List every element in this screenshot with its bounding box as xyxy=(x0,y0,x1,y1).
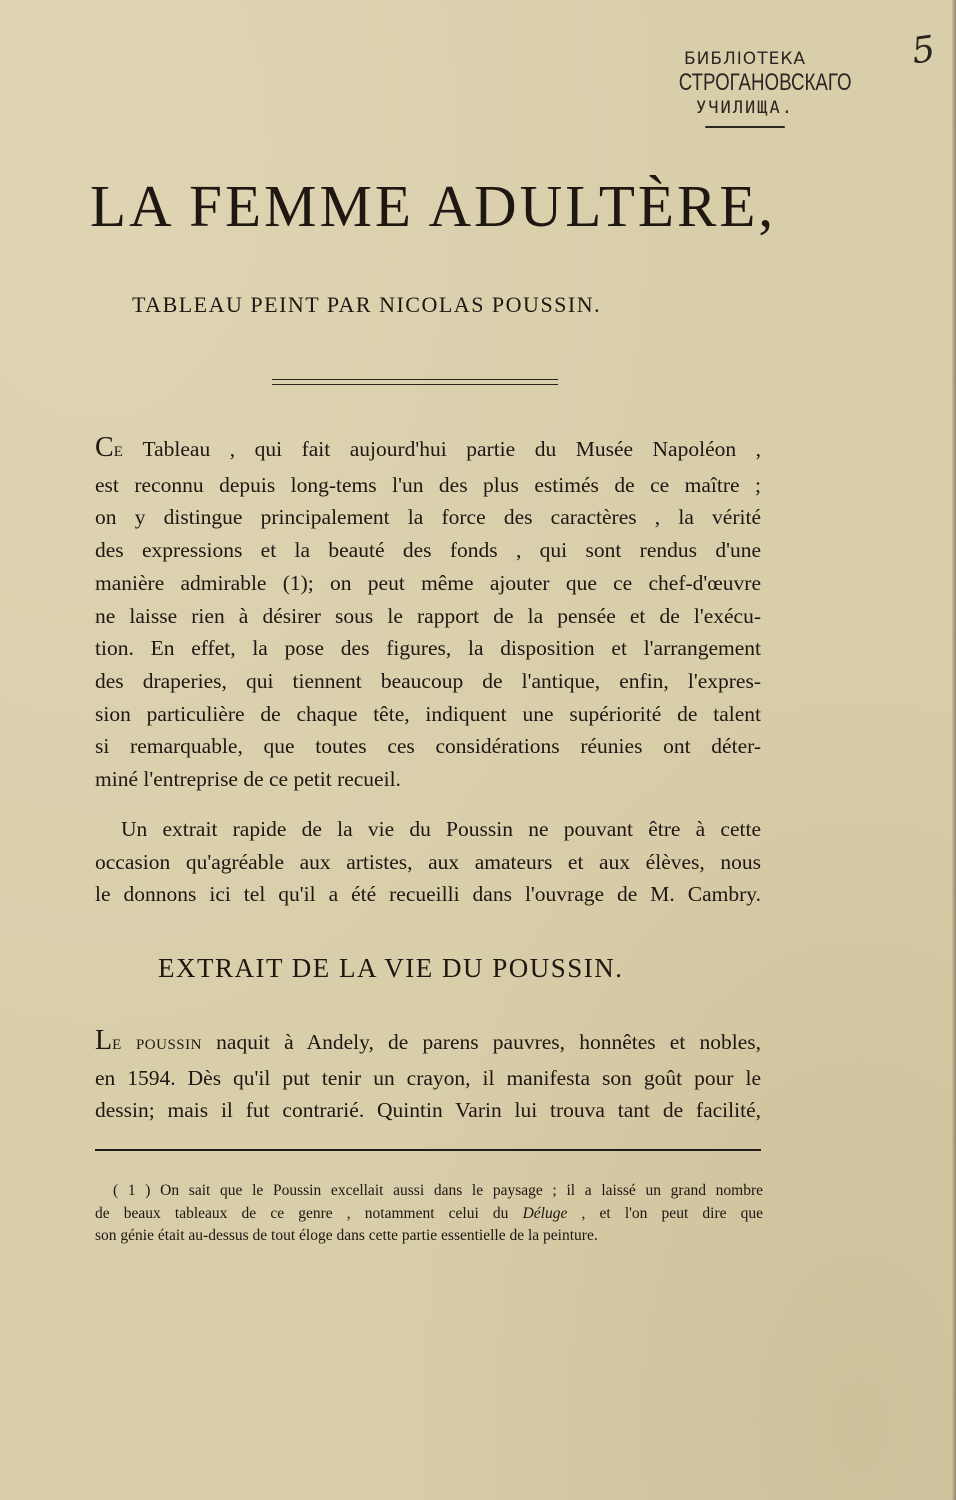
text-line: Un extrait rapide de la vie du Poussin n… xyxy=(95,813,761,846)
library-stamp: БИБЛIОТЕКА СТРОГАНОВСКАГО УЧИЛИЩА. xyxy=(660,48,830,128)
paragraph-intro: CE Tableau , qui fait aujourd'hui partie… xyxy=(95,432,761,796)
footnote-separator xyxy=(95,1149,761,1151)
text-line: des expressions et la beauté des fonds ,… xyxy=(95,534,761,567)
scanned-book-page: БИБЛIОТЕКА СТРОГАНОВСКАГО УЧИЛИЩА. 5 LA … xyxy=(0,0,956,1500)
footnote-line: de beaux tableaux de ce genre , notammen… xyxy=(95,1203,763,1226)
footnote-line: ( 1 ) On sait que le Poussin excellait a… xyxy=(95,1180,763,1203)
small-caps-letter: E xyxy=(112,1037,122,1053)
stamp-ornament-rule xyxy=(705,126,785,128)
paragraph-cambry: Un extrait rapide de la vie du Poussin n… xyxy=(95,813,761,911)
stamp-line-1: БИБЛIОТЕКА xyxy=(660,48,830,70)
text-line: sion particulière de chaque tête, indiqu… xyxy=(95,698,761,731)
page-edge-shadow xyxy=(952,0,956,1500)
text-line: occasion qu'agréable aux artistes, aux a… xyxy=(95,846,761,879)
footnote-line: son génie était au-dessus de tout éloge … xyxy=(95,1225,763,1248)
text-line: si remarquable, que toutes ces considéra… xyxy=(95,730,761,763)
italic-title: Déluge xyxy=(523,1205,568,1222)
section-heading: EXTRAIT DE LA VIE DU POUSSIN. xyxy=(158,953,624,984)
handwritten-page-number: 5 xyxy=(909,29,937,73)
text-line: CE Tableau , qui fait aujourd'hui partie… xyxy=(95,432,761,469)
text-line: en 1594. Dès qu'il put tenir un crayon, … xyxy=(95,1062,761,1095)
text-line: ne laisse rien à désirer sous le rapport… xyxy=(95,600,761,633)
text-line: manière admirable (1); on peut même ajou… xyxy=(95,567,761,600)
text-line: le donnons ici tel qu'il a été recueilli… xyxy=(95,878,761,911)
paragraph-biography: LE POUSSIN naquit à Andely, de parens pa… xyxy=(95,1025,761,1127)
text-line: dessin; mais il fut contrarié. Quintin V… xyxy=(95,1094,761,1127)
page-subtitle: TABLEAU PEINT PAR NICOLAS POUSSIN. xyxy=(132,292,601,318)
text-line: LE POUSSIN naquit à Andely, de parens pa… xyxy=(95,1025,761,1062)
text-line: on y distingue principalement la force d… xyxy=(95,501,761,534)
text-line: tion. En effet, la pose des figures, la … xyxy=(95,632,761,665)
drop-capital: L xyxy=(95,1025,112,1056)
text-line: miné l'entreprise de ce petit recueil. xyxy=(95,763,761,796)
double-rule-divider xyxy=(272,379,558,385)
stamp-line-3: УЧИЛИЩА. xyxy=(660,96,830,120)
small-caps-letter: E xyxy=(114,444,124,460)
drop-capital: C xyxy=(95,432,114,463)
small-caps-name: POUSSIN xyxy=(136,1037,202,1053)
stamp-line-2: СТРОГАНОВСКАГО xyxy=(679,70,812,96)
page-title: LA FEMME ADULTÈRE, xyxy=(90,172,770,241)
footnote: ( 1 ) On sait que le Poussin excellait a… xyxy=(95,1180,763,1248)
text-line: des draperies, qui tiennent beaucoup de … xyxy=(95,665,761,698)
text-line: est reconnu depuis long-tems l'un des pl… xyxy=(95,469,761,502)
